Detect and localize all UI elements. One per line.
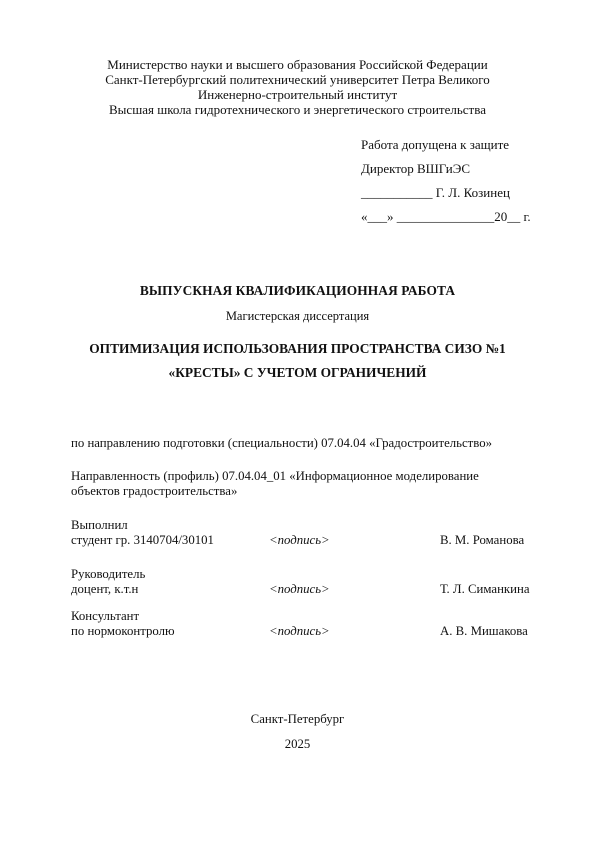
approval-date-line: «___» _______________20__ г. [361,209,531,225]
topic-line-2: «КРЕСТЫ» С УЧЕТОМ ОГРАНИЧЕНИЙ [0,365,595,381]
admitted-text: Работа допущена к защите [361,137,509,153]
university-line: Санкт-Петербургский политехнический унив… [0,72,595,87]
author-detail: студент гр. 3140704/30101 [71,533,214,548]
work-type: Магистерская диссертация [0,309,595,324]
director-signature-line: ___________ Г. Л. Козинец [361,185,510,201]
year: 2025 [0,737,595,752]
consultant-signature: <подпись> [269,624,330,639]
supervisor-role: Руководитель [71,567,145,582]
director-position: Директор ВШГиЭС [361,161,470,177]
author-role: Выполнил [71,518,128,533]
topic-line-1: ОПТИМИЗАЦИЯ ИСПОЛЬЗОВАНИЯ ПРОСТРАНСТВА С… [0,341,595,357]
supervisor-signature: <подпись> [269,582,330,597]
author-signature: <подпись> [269,533,330,548]
city: Санкт-Петербург [0,712,595,727]
profile-line-1: Направленность (профиль) 07.04.04_01 «Ин… [71,469,479,484]
direction-text: по направлению подготовки (специальности… [71,436,492,451]
ministry-line: Министерство науки и высшего образования… [0,57,595,72]
institute-line: Инженерно-строительный институт [0,87,595,102]
consultant-role: Консультант [71,609,139,624]
consultant-name: А. В. Мишакова [440,624,528,639]
consultant-detail: по нормоконтролю [71,624,175,639]
work-title: ВЫПУСКНАЯ КВАЛИФИКАЦИОННАЯ РАБОТА [0,283,595,299]
supervisor-name: Т. Л. Симанкина [440,582,530,597]
author-name: В. М. Романова [440,533,524,548]
school-line: Высшая школа гидротехнического и энергет… [0,102,595,117]
supervisor-detail: доцент, к.т.н [71,582,138,597]
profile-line-2: объектов градостроительства» [71,484,237,499]
